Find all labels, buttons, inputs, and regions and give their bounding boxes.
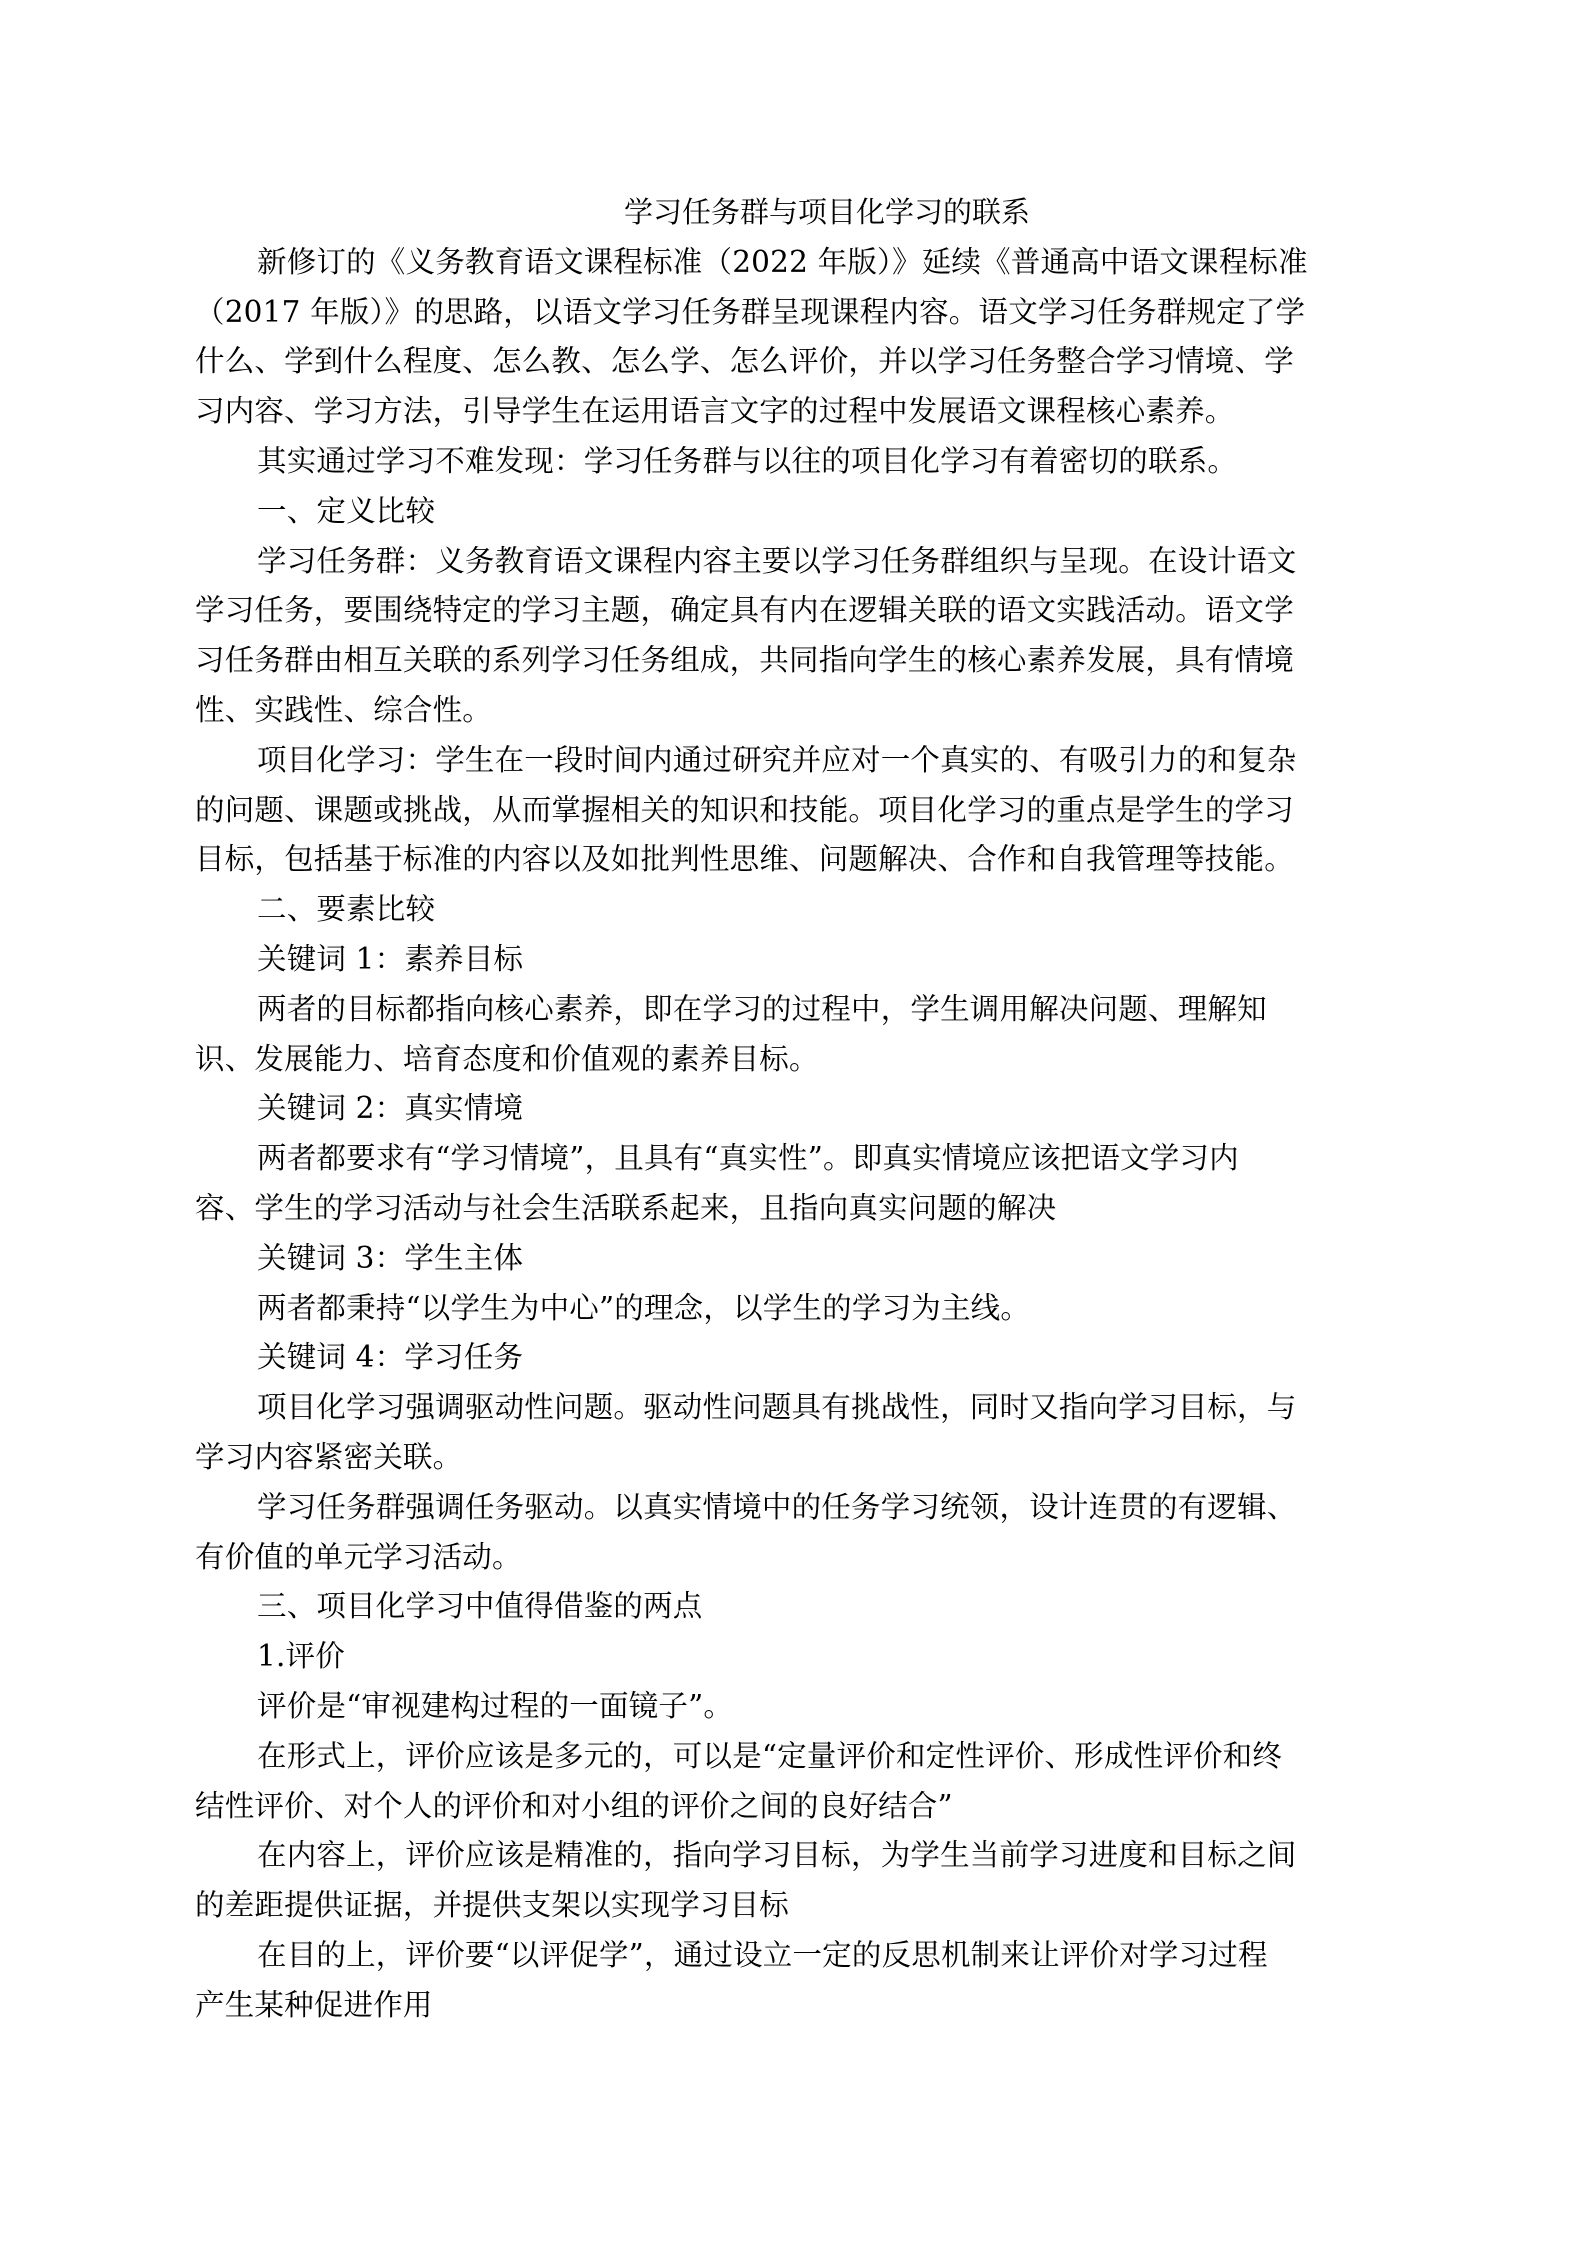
text-line: 识、发展能力、培育态度和价值观的素养目标。 xyxy=(195,1035,1385,1085)
heading-line: 1.评价 xyxy=(195,1632,1385,1682)
paragraph-keyword-1: 两者的目标都指向核心素养，即在学习的过程中，学生调用解决问题、理解知 识、发展能… xyxy=(195,985,1385,1085)
heading-line: 关键词 3：学生主体 xyxy=(195,1234,1385,1284)
text-line: 项目化学习强调驱动性问题。驱动性问题具有挑战性，同时又指向学习目标，与 xyxy=(195,1383,1385,1433)
section-heading-lessons: 三、项目化学习中值得借鉴的两点 xyxy=(195,1582,1385,1632)
text-line: 学习内容紧密关联。 xyxy=(195,1433,1385,1483)
text-line: 结性评价、对个人的评价和对小组的评价之间的良好结合” xyxy=(195,1782,1385,1832)
text-line: （2017 年版）》的思路，以语文学习任务群呈现课程内容。语文学习任务群规定了学 xyxy=(195,288,1385,338)
keyword-heading-3: 关键词 3：学生主体 xyxy=(195,1234,1385,1284)
text-line: 学习任务，要围绕特定的学习主题，确定具有内在逻辑关联的语文实践活动。语文学 xyxy=(195,586,1385,636)
text-line: 新修订的《义务教育语文课程标准（2022 年版）》延续《普通高中语文课程标准 xyxy=(195,238,1385,288)
paragraph-evaluation-mirror: 评价是“审视建构过程的一面镜子”。 xyxy=(195,1682,1385,1732)
paragraph-keyword-4-project: 项目化学习强调驱动性问题。驱动性问题具有挑战性，同时又指向学习目标，与 学习内容… xyxy=(195,1383,1385,1483)
heading-line: 三、项目化学习中值得借鉴的两点 xyxy=(195,1582,1385,1632)
text-line: 有价值的单元学习活动。 xyxy=(195,1533,1385,1583)
text-line: 两者都要求有“学习情境”，且具有“真实性”。即真实情境应该把语文学习内 xyxy=(195,1134,1385,1184)
keyword-heading-2: 关键词 2：真实情境 xyxy=(195,1084,1385,1134)
text-line: 目标，包括基于标准的内容以及如批判性思维、问题解决、合作和自我管理等技能。 xyxy=(195,835,1385,885)
document-page: 学习任务群与项目化学习的联系 新修订的《义务教育语文课程标准（2022 年版）》… xyxy=(0,0,1587,2245)
paragraph-keyword-2: 两者都要求有“学习情境”，且具有“真实性”。即真实情境应该把语文学习内 容、学生… xyxy=(195,1134,1385,1234)
paragraph-intro: 新修订的《义务教育语文课程标准（2022 年版）》延续《普通高中语文课程标准 （… xyxy=(195,238,1385,437)
heading-line: 关键词 4：学习任务 xyxy=(195,1333,1385,1383)
text-line: 的问题、课题或挑战，从而掌握相关的知识和技能。项目化学习的重点是学生的学习 xyxy=(195,786,1385,836)
keyword-heading-4: 关键词 4：学习任务 xyxy=(195,1333,1385,1383)
section-heading-element-comparison: 二、要素比较 xyxy=(195,885,1385,935)
paragraph-project-learning-definition: 项目化学习：学生在一段时间内通过研究并应对一个真实的、有吸引力的和复杂 的问题、… xyxy=(195,736,1385,885)
paragraph-keyword-3: 两者都秉持“以学生为中心”的理念，以学生的学习为主线。 xyxy=(195,1284,1385,1334)
paragraph-evaluation-form: 在形式上，评价应该是多元的，可以是“定量评价和定性评价、形成性评价和终 结性评价… xyxy=(195,1732,1385,1832)
text-line: 在形式上，评价应该是多元的，可以是“定量评价和定性评价、形成性评价和终 xyxy=(195,1732,1385,1782)
text-line: 学习任务群强调任务驱动。以真实情境中的任务学习统领，设计连贯的有逻辑、 xyxy=(195,1483,1385,1533)
paragraph-evaluation-purpose: 在目的上，评价要“以评促学”，通过设立一定的反思机制来让评价对学习过程 产生某种… xyxy=(195,1931,1385,2031)
text-line: 评价是“审视建构过程的一面镜子”。 xyxy=(195,1682,1385,1732)
heading-line: 一、定义比较 xyxy=(195,487,1385,537)
text-line: 在目的上，评价要“以评促学”，通过设立一定的反思机制来让评价对学习过程 xyxy=(195,1931,1385,1981)
text-line: 性、实践性、综合性。 xyxy=(195,686,1385,736)
heading-line: 关键词 1：素养目标 xyxy=(195,935,1385,985)
text-line: 容、学生的学习活动与社会生活联系起来，且指向真实问题的解决 xyxy=(195,1184,1385,1234)
document-body: 学习任务群与项目化学习的联系 新修订的《义务教育语文课程标准（2022 年版）》… xyxy=(195,188,1385,2030)
keyword-heading-1: 关键词 1：素养目标 xyxy=(195,935,1385,985)
text-line: 产生某种促进作用 xyxy=(195,1981,1385,2031)
text-line: 习内容、学习方法，引导学生在运用语言文字的过程中发展语文课程核心素养。 xyxy=(195,387,1385,437)
text-line: 习任务群由相互关联的系列学习任务组成，共同指向学生的核心素养发展，具有情境 xyxy=(195,636,1385,686)
text-line: 两者的目标都指向核心素养，即在学习的过程中，学生调用解决问题、理解知 xyxy=(195,985,1385,1035)
subheading-evaluation: 1.评价 xyxy=(195,1632,1385,1682)
text-line: 的差距提供证据，并提供支架以实现学习目标 xyxy=(195,1881,1385,1931)
paragraph-task-group-definition: 学习任务群：义务教育语文课程内容主要以学习任务群组织与呈现。在设计语文 学习任务… xyxy=(195,537,1385,736)
text-line: 在内容上，评价应该是精准的，指向学习目标，为学生当前学习进度和目标之间 xyxy=(195,1831,1385,1881)
text-line: 两者都秉持“以学生为中心”的理念，以学生的学习为主线。 xyxy=(195,1284,1385,1334)
text-line: 什么、学到什么程度、怎么教、怎么学、怎么评价，并以学习任务整合学习情境、学 xyxy=(195,337,1385,387)
section-heading-definition-comparison: 一、定义比较 xyxy=(195,487,1385,537)
text-line: 学习任务群：义务教育语文课程内容主要以学习任务群组织与呈现。在设计语文 xyxy=(195,537,1385,587)
paragraph-summary: 其实通过学习不难发现：学习任务群与以往的项目化学习有着密切的联系。 xyxy=(195,437,1385,487)
text-line: 其实通过学习不难发现：学习任务群与以往的项目化学习有着密切的联系。 xyxy=(195,437,1385,487)
text-line: 项目化学习：学生在一段时间内通过研究并应对一个真实的、有吸引力的和复杂 xyxy=(195,736,1385,786)
paragraph-keyword-4-task-group: 学习任务群强调任务驱动。以真实情境中的任务学习统领，设计连贯的有逻辑、 有价值的… xyxy=(195,1483,1385,1583)
heading-line: 二、要素比较 xyxy=(195,885,1385,935)
paragraph-evaluation-content: 在内容上，评价应该是精准的，指向学习目标，为学生当前学习进度和目标之间 的差距提… xyxy=(195,1831,1385,1931)
document-title: 学习任务群与项目化学习的联系 xyxy=(195,188,1385,238)
heading-line: 关键词 2：真实情境 xyxy=(195,1084,1385,1134)
